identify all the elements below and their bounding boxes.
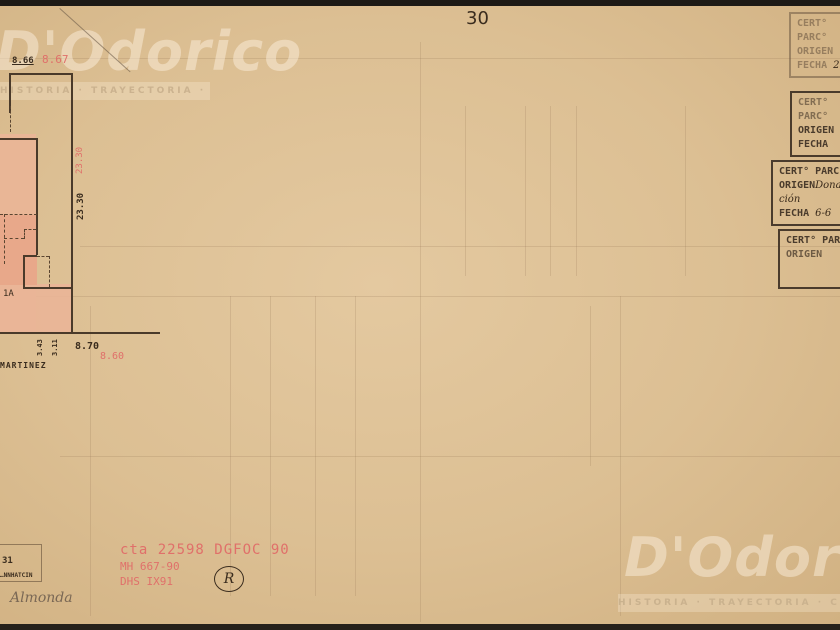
- stamp-date-label: FECHA: [779, 208, 809, 219]
- annex-bottom-line: [23, 287, 72, 289]
- grid-line: [590, 306, 591, 466]
- top-measure-black: 8.66: [12, 56, 34, 66]
- annotation-dhs: DHS IX91: [120, 575, 173, 588]
- grid-line: [620, 296, 621, 616]
- grid-line: [355, 296, 356, 596]
- grid-line: [550, 106, 551, 276]
- stamp-title: CERT° PARC°: [786, 234, 840, 248]
- stamp-origin-label: ORIGEN: [779, 180, 815, 191]
- annotation-cta: cta 22598 DGFOC 90: [120, 542, 290, 558]
- building-right-line: [36, 138, 38, 255]
- top-measure-red: 8.67: [42, 53, 69, 66]
- stamp-title: CERT° PARC°: [798, 96, 840, 124]
- grid-line: [465, 106, 466, 276]
- lot-label: 1A: [3, 289, 14, 299]
- lot-right-boundary: [71, 73, 73, 333]
- grid-line: [685, 106, 686, 276]
- annex-left-line: [23, 255, 25, 288]
- side-measure-black: 23.30: [76, 193, 86, 220]
- bottom-frame-border: [0, 624, 840, 630]
- watermark-logo-bottom: D'Odorico: [624, 526, 840, 589]
- bottom-left-box-name: …NNHATCIN: [0, 572, 33, 579]
- building-top-line: [0, 138, 37, 140]
- stamp-date-value: 6-6: [815, 208, 831, 219]
- annex-top-line: [23, 255, 37, 257]
- stamp-title: CERT° PARC°: [797, 17, 840, 45]
- stamp-date-label: FECHA: [798, 138, 840, 152]
- stamp-title: CERT° PARC°: [779, 165, 840, 179]
- watermark-tagline-bottom: HISTORIA · TRAYECTORIA · CONFIANZA: [618, 594, 840, 612]
- stamp-origin-row: ORIGENDona-ción: [779, 179, 840, 207]
- dashed-line: [24, 229, 36, 230]
- dashed-line: [49, 256, 50, 287]
- grid-line: [80, 246, 840, 247]
- lot-1a-structure: [0, 215, 37, 285]
- watermark-tagline-top: HISTORIA · TRAYECTORIA · CONFIANZA: [0, 82, 210, 100]
- grid-line: [315, 296, 316, 596]
- stamp-date-value: 2: [833, 60, 839, 71]
- parcel-certificate-stamp-4: CERT° PARC° ORIGEN: [778, 229, 840, 289]
- bottom-measure-1: 3.43: [36, 339, 44, 356]
- grid-line: [420, 42, 421, 622]
- bottom-measure-2: 3.11: [51, 339, 59, 356]
- dashed-line: [37, 256, 49, 257]
- page-number: 30: [466, 8, 489, 29]
- bottom-measure-red: 8.60: [100, 351, 124, 362]
- dashed-line: [10, 106, 11, 132]
- stamp-date-label: FECHA: [797, 60, 827, 71]
- lot-top-boundary: [10, 73, 72, 75]
- stamp-origin-label: ORIGEN: [797, 46, 833, 57]
- parcel-certificate-stamp-3: CERT° PARC° ORIGENDona-ción FECHA 6-6: [771, 160, 840, 226]
- grid-line: [60, 456, 840, 457]
- annotation-mh: MH 667-90: [120, 560, 180, 573]
- dashed-line: [0, 214, 37, 215]
- dashed-line: [4, 214, 5, 264]
- grid-line: [576, 106, 577, 276]
- plan-sheet: D'Odorico HISTORIA · TRAYECTORIA · CONFI…: [0, 6, 840, 624]
- stamp-origin-row: ORIGEN: [797, 45, 840, 59]
- stamp-date-row: FECHA 2: [797, 59, 840, 73]
- street-name: MARTINEZ: [0, 361, 47, 370]
- stamp-origin-label: ORIGEN: [786, 248, 840, 262]
- dashed-line: [24, 229, 25, 239]
- bottom-left-box-number: 31: [2, 556, 13, 566]
- stamp-date-row: FECHA 6-6: [779, 207, 840, 221]
- grid-line: [90, 306, 91, 616]
- dashed-line: [4, 238, 24, 239]
- parcel-certificate-stamp-1: CERT° PARC° ORIGEN FECHA 2: [789, 12, 840, 78]
- street-line: [0, 332, 160, 334]
- stamp-origin-label: ORIGEN: [798, 124, 840, 138]
- parcel-certificate-stamp-2: CERT° PARC° ORIGEN FECHA: [790, 91, 840, 157]
- initial-mark: R: [214, 566, 244, 592]
- bottom-measure-black: 8.70: [75, 341, 99, 352]
- side-measure-red: 23.30: [75, 147, 85, 174]
- signature: Almonda: [10, 590, 73, 606]
- grid-line: [525, 106, 526, 276]
